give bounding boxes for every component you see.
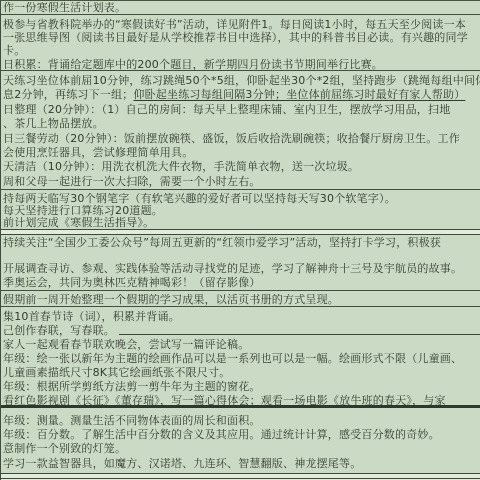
text-line: 年级：百分数。了解生活中百分数的含义及其应用。通过统计计算，感受百分数的奇妙。: [3, 428, 480, 442]
blank-line: [3, 250, 480, 262]
text-line: 己创作春联，写春联。: [3, 324, 480, 338]
text-line: 前计划完成《寒假生活指导》。: [3, 217, 480, 229]
text-line: 日三餐劳动（20分钟）：饭前摆放碗筷、盛饭，饭后收拾洗刷碗筷；收拾餐厅厨房卫生。…: [3, 132, 480, 146]
fill-in-blank-line: [119, 334, 480, 335]
text-line: 意制作一个别致的灯笼。: [3, 442, 480, 456]
text-line: 一张思维导图（阅读书目最好是从学校推荐书目中选择），其中的科普书目必读。有兴趣的…: [3, 31, 480, 44]
text-line: 家人一起观看春节联欢晚会，尝试写一篇评论稿。: [3, 338, 480, 352]
text-line: 周和父母一起进行一次大扫除，需要一个小时左右。: [3, 175, 480, 189]
text-line: 年级：测量。测量生活不同物体表面的周长和面积。: [3, 414, 480, 428]
section-writing-math-practice: 持每两天临写30个钢笔字（有软笔兴趣的爱好者可以坚持每天写30个软笔字）。 每天…: [1, 191, 480, 229]
text-line: 学习一款益智器具，如魔方、汉诺塔、九连环、智慧翻版、神龙摆尾等。: [3, 457, 480, 471]
text-line: 卡。: [3, 44, 480, 57]
text-line: 持每两天临写30个钢笔字（有软笔兴趣的爱好者可以坚持每天写30个软笔字）。: [3, 193, 480, 205]
text-line: 每天坚持进行口算练习20道题。: [3, 205, 480, 217]
text-line: 日积累：背诵给定题库中的200个题目，新学期四月份读书节期间举行比赛。: [3, 58, 480, 71]
text-line: 年级：绘一张以新年为主题的绘画作品可以是一系列也可以是一幅。绘画形式不限（儿童画…: [3, 352, 480, 366]
section-exercise-housework: 天练习坐位体前屈10分钟，练习跳绳50个*5组，仰卧起坐30个*2组，坚持跑步（…: [1, 72, 480, 190]
section-reading-tasks: 极参与省教科院举办的“寒假读好书”活动，详见附件1。每日阅读1小时，每五天至少阅…: [1, 16, 480, 71]
section-plan-title: 作一份寒假生活计划表。: [1, 1, 480, 15]
text-line: 会使用烹饪器具，尝试修理简单用具。: [3, 146, 480, 160]
text-line: 极参与省教科院举办的“寒假读好书”活动，详见附件1。每日阅读1小时，每五天至少阅…: [3, 18, 480, 31]
text-line: 集10首春节诗（词），积累并背诵。: [3, 310, 480, 324]
text-line: 作一份寒假生活计划表。: [3, 2, 480, 14]
text-line: 假期前一周开始整理一个假期的学习成果，以活页书册的方式呈现。: [3, 294, 480, 306]
text-line: 日整理（20分钟）：（1）自己的房间：每天早上整理床铺、室内卫生，摆放学习用品，…: [3, 103, 480, 117]
text-line: 息2分钟，再练习下一组；仰卧起坐练习每组间隔3分钟；坐位体前屈练习时最好有家人帮…: [3, 88, 480, 102]
text-segment: 息2分钟，再练习下一组；: [3, 88, 133, 101]
text-line: 儿童画素描纸尺寸8K其它绘画纸张不限尺寸。: [3, 366, 480, 380]
document-page: 作一份寒假生活计划表。 极参与省教科院举办的“寒假读好书”活动，详见附件1。每日…: [0, 0, 480, 480]
text-segment: 己创作春联，写春联。: [3, 324, 115, 338]
section-results-presentation: 假期前一周开始整理一个假期的学习成果，以活页书册的方式呈现。: [1, 292, 480, 307]
underlined-text-segment: 仰卧起坐练习每组间隔3分钟；坐位体前屈练习时最好有家人帮助）: [133, 88, 465, 101]
text-line: 看红色影视剧《长征》《董存瑞》，写一篇心得体会；观看一场电影《放牛班的春天》，与…: [3, 394, 480, 408]
text-line: 天清洁（10分钟）：用洗衣机洗大件衣物，手洗简单衣物，送一次垃圾。: [3, 160, 480, 174]
section-math-handson-tasks: 年级：测量。测量生活不同物体表面的周长和面积。 年级：百分数。了解生活中百分数的…: [1, 411, 480, 473]
text-line: 持续关注“全国少工委公众号”每周五更新的“红领巾爱学习”活动，坚持打卡学习，积极…: [3, 236, 480, 250]
text-line: 季奥运会，共同为奥林匹克精神喝彩！（留存影像）: [3, 276, 480, 290]
section-language-art-tasks: 集10首春节诗（词），积累并背诵。 己创作春联，写春联。 家人一起观看春节联欢晚…: [1, 308, 480, 408]
text-line: 年级：根据所学剪纸方法剪一剪牛年为主题的窗花。: [3, 380, 480, 394]
text-line: 天练习坐位体前屈10分钟，练习跳绳50个*5组，仰卧起坐30个*2组，坚持跑步（…: [3, 74, 480, 88]
text-line: 开展调查寻访、参观、实践体验等活动寻找党的足迹，学习了解神舟十三号及宇航员的故事…: [3, 262, 480, 276]
text-line: 、茶几上物品摆放。: [3, 117, 480, 131]
section-activities: 持续关注“全国少工委公众号”每周五更新的“红领巾爱学习”活动，坚持打卡学习，积极…: [1, 235, 480, 291]
